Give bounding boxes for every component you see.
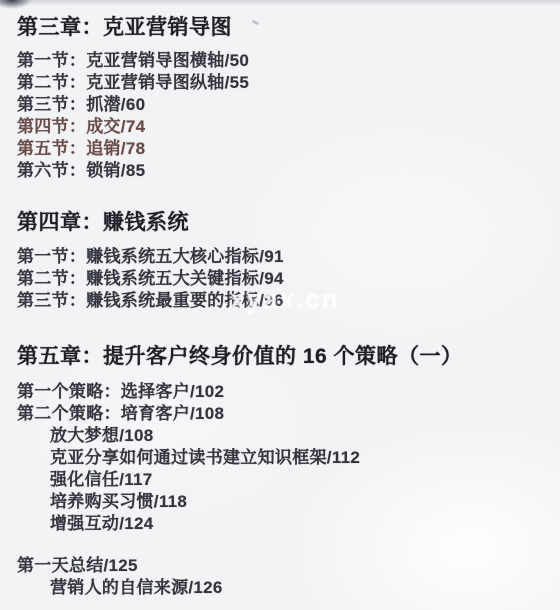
chapter-5-entries: 第一个策略：选择客户/102 第二个策略：培育客户/108 放大梦想/108 克… bbox=[17, 381, 548, 535]
toc-entry: 第三节：赚钱系统最重要的指标/96 bbox=[17, 290, 548, 312]
chapter-4-entries: 第一节：赚钱系统五大核心指标/91 第二节：赚钱系统五大关键指标/94 第三节：… bbox=[17, 246, 548, 312]
toc-subentry: 强化信任/117 bbox=[17, 469, 548, 491]
scanned-toc-page: 第三章：克亚营销导图 第一节：克亚营销导图横轴/50 第二节：克亚营销导图纵轴/… bbox=[0, 0, 560, 610]
toc-entry: 第三节：抓潜/60 bbox=[17, 94, 548, 116]
toc-entry: 第一节：克亚营销导图横轴/50 bbox=[17, 50, 548, 72]
toc-entry: 第五节：追销/78 bbox=[17, 138, 548, 160]
toc-subentry: 增强互动/124 bbox=[17, 513, 548, 535]
chapter-3-entries: 第一节：克亚营销导图横轴/50 第二节：克亚营销导图纵轴/55 第三节：抓潜/6… bbox=[17, 50, 548, 182]
toc-entry: 第一节：赚钱系统五大核心指标/91 bbox=[17, 246, 548, 268]
toc-entry: 第六节：锁销/85 bbox=[17, 160, 548, 182]
toc-subentry: 培养购买习惯/118 bbox=[17, 491, 548, 513]
chapter-5-block: 第五章：提升客户终身价值的 16 个策略（一） 第一个策略：选择客户/102 第… bbox=[17, 345, 548, 535]
chapter-3-block: 第三章：克亚营销导图 第一节：克亚营销导图横轴/50 第二节：克亚营销导图纵轴/… bbox=[17, 16, 548, 182]
toc-subentry: 克亚分享如何通过读书建立知识框架/112 bbox=[17, 447, 548, 469]
toc-subentry: 放大梦想/108 bbox=[17, 425, 548, 447]
chapter-4-block: 第四章：赚钱系统 第一节：赚钱系统五大核心指标/91 第二节：赚钱系统五大关键指… bbox=[17, 211, 548, 312]
toc-entry: 第二节：克亚营销导图纵轴/55 bbox=[17, 72, 548, 94]
toc-entry: 第四节：成交/74 bbox=[17, 116, 548, 138]
chapter-4-heading: 第四章：赚钱系统 bbox=[17, 211, 548, 235]
chapter-5-heading: 第五章：提升客户终身价值的 16 个策略（一） bbox=[17, 345, 548, 369]
toc-entry: 第一个策略：选择客户/102 bbox=[17, 381, 548, 403]
day-summary-block: 第一天总结/125 营销人的自信来源/126 bbox=[17, 555, 548, 599]
toc-content: 第三章：克亚营销导图 第一节：克亚营销导图横轴/50 第二节：克亚营销导图纵轴/… bbox=[0, 0, 560, 610]
toc-entry: 第二个策略：培育客户/108 bbox=[17, 403, 548, 425]
toc-subentry: 营销人的自信来源/126 bbox=[17, 577, 548, 599]
chapter-3-heading: 第三章：克亚营销导图 bbox=[17, 16, 548, 40]
toc-entry: 第二节：赚钱系统五大关键指标/94 bbox=[17, 268, 548, 290]
toc-entry: 第一天总结/125 bbox=[17, 555, 548, 577]
